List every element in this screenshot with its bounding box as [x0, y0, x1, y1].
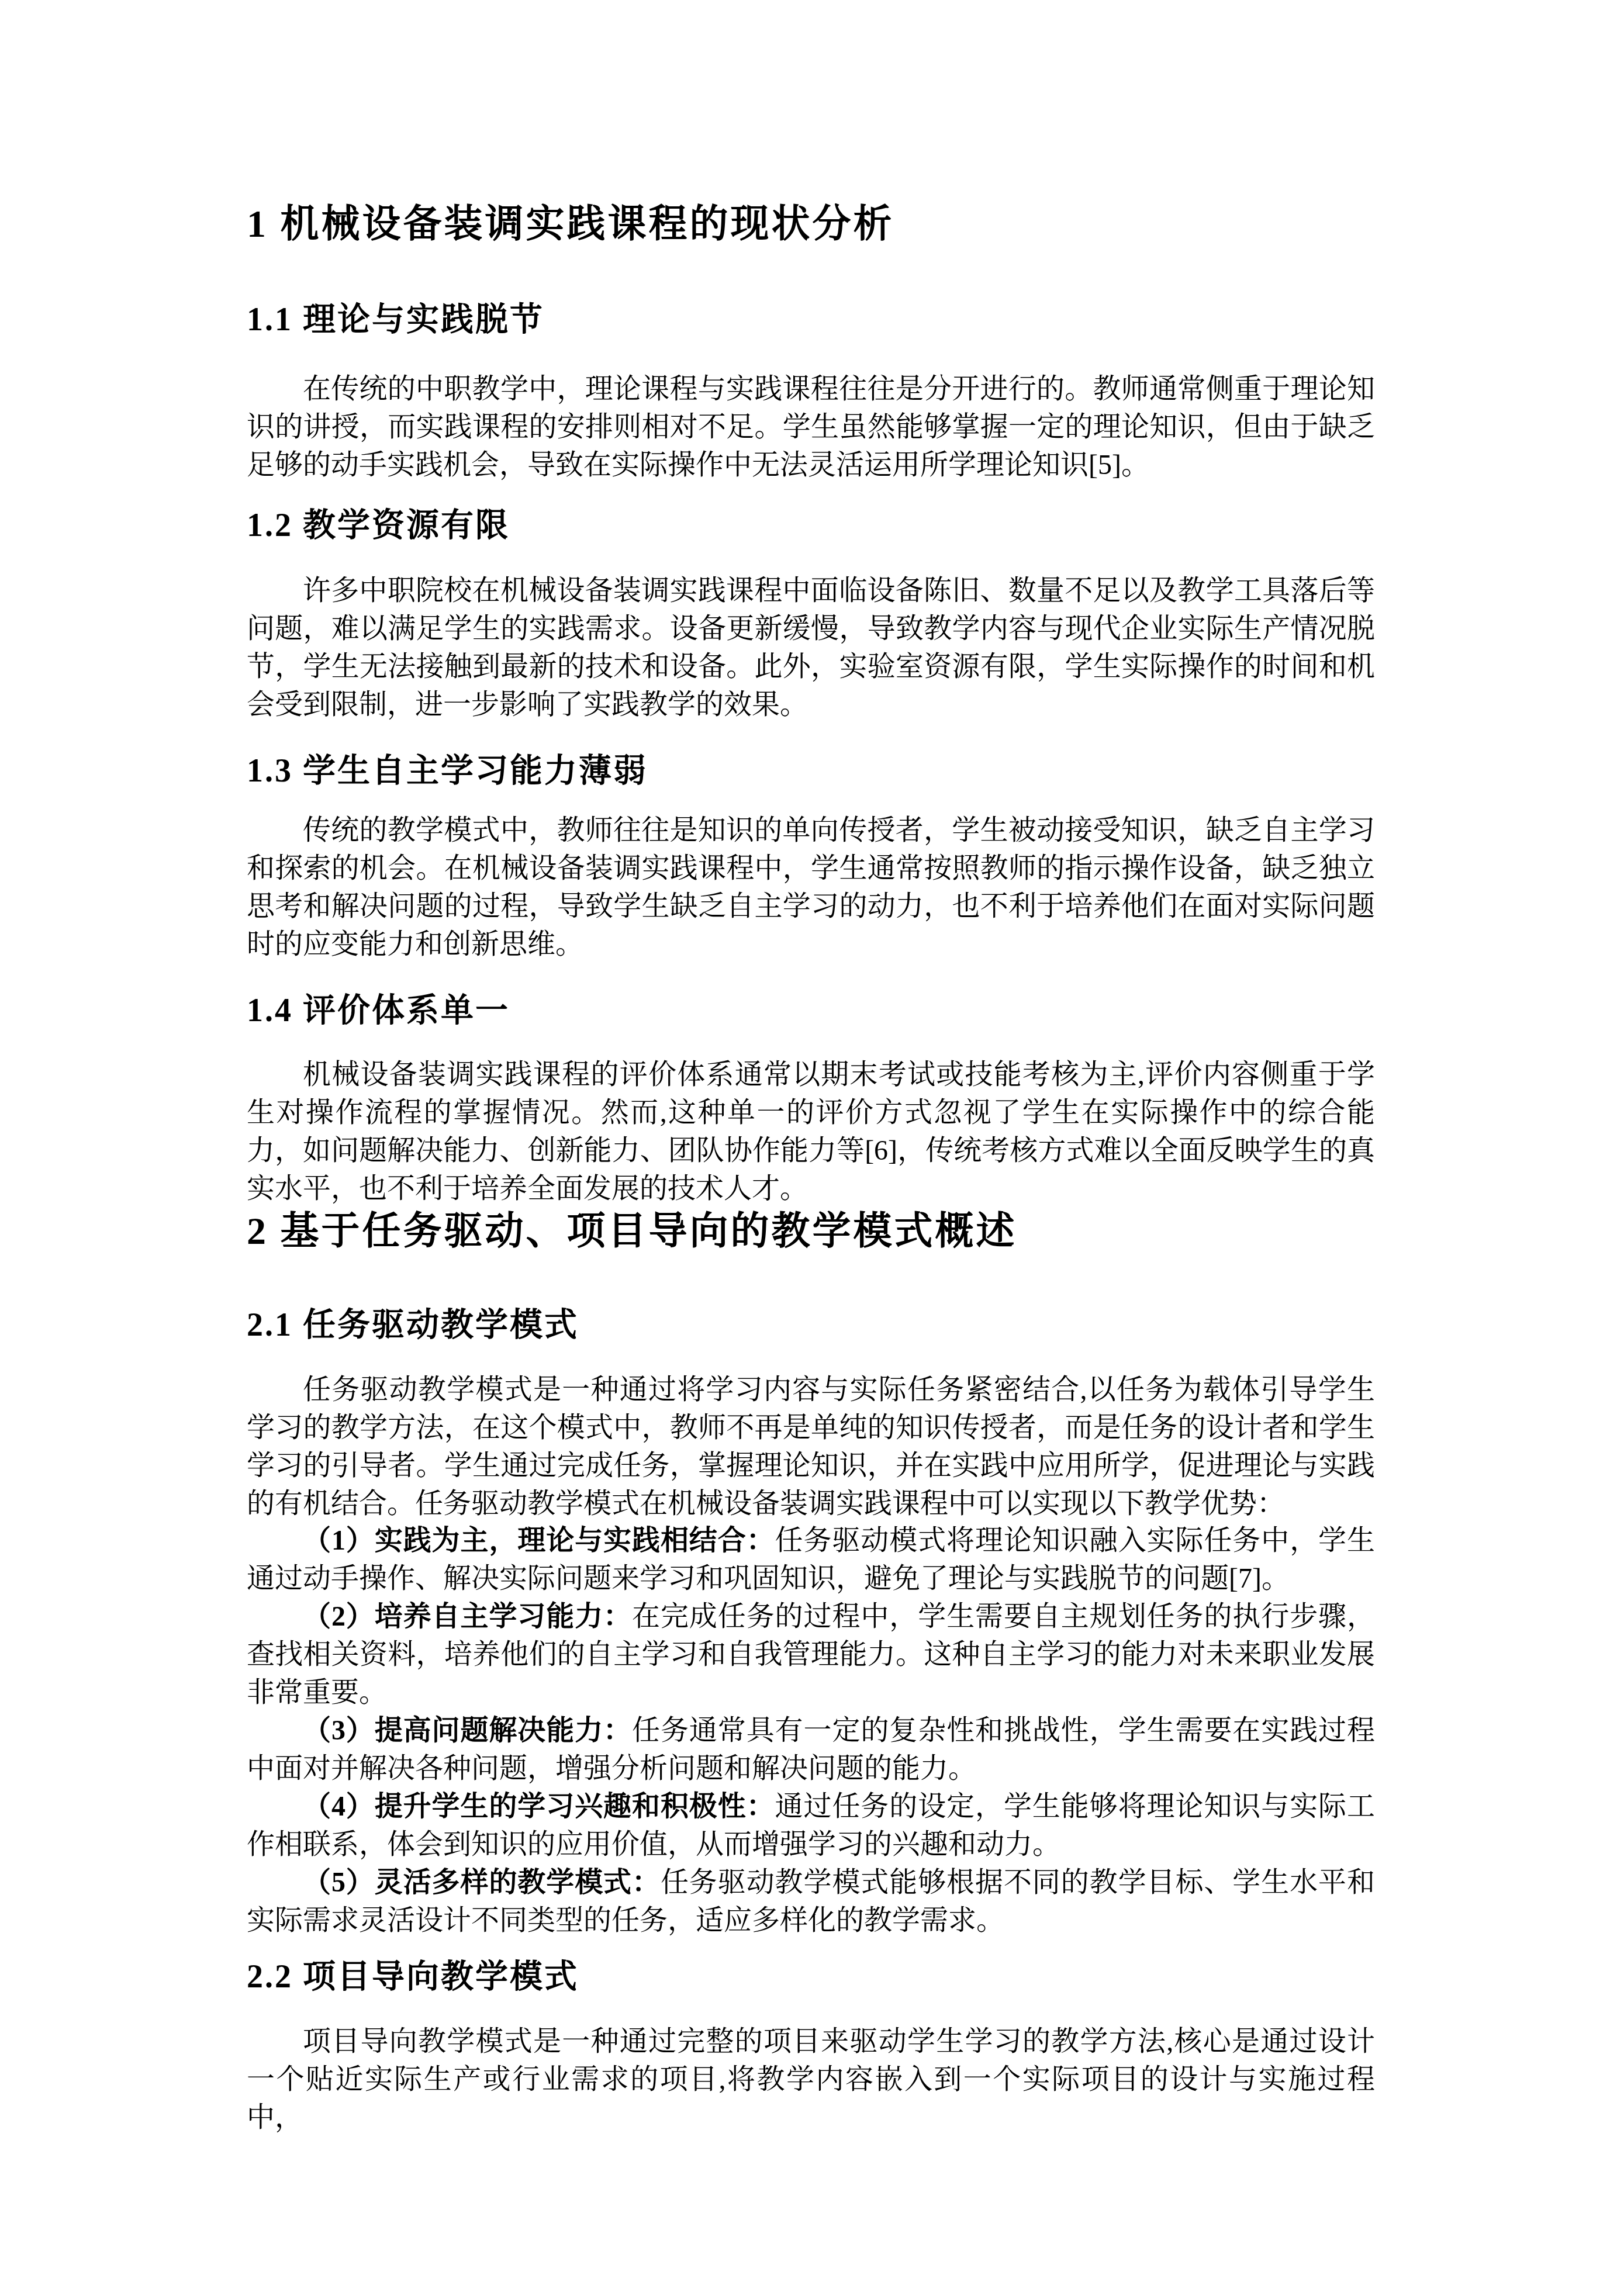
list-item-2: （2）培养自主学习能力：在完成任务的过程中，学生需要自主规划任务的执行步骤，查找…	[247, 1597, 1375, 1711]
section-1-heading: 1 机械设备装调实践课程的现状分析	[247, 203, 1410, 245]
list-item-4: （4）提升学生的学习兴趣和积极性：通过任务的设定，学生能够将理论知识与实际工作相…	[247, 1787, 1375, 1863]
subsection-1-3-heading: 1.3 学生自主学习能力薄弱	[247, 753, 1410, 789]
subsection-2-2-heading: 2.2 项目导向教学模式	[247, 1959, 1410, 1995]
paragraph-2-2: 项目导向教学模式是一种通过完整的项目来驱动学生学习的教学方法,核心是通过设计一个…	[247, 2022, 1375, 2136]
paragraph-2-1: 任务驱动教学模式是一种通过将学习内容与实际任务紧密结合,以任务为载体引导学生学习…	[247, 1371, 1375, 1523]
list-item-3: （3）提高问题解决能力：任务通常具有一定的复杂性和挑战性，学生需要在实践过程中面…	[247, 1711, 1375, 1787]
paragraph-1-4: 机械设备装调实践课程的评价体系通常以期末考试或技能考核为主,评价内容侧重于学生对…	[247, 1056, 1375, 1208]
subsection-1-1-heading: 1.1 理论与实践脱节	[247, 302, 1410, 338]
list-item-1-lead: （1）实践为主，理论与实践相结合：	[303, 1525, 775, 1556]
paragraph-1-2: 许多中职院校在机械设备装调实践课程中面临设备陈旧、数量不足以及教学工具落后等问题…	[247, 572, 1375, 724]
list-item-5: （5）灵活多样的教学模式：任务驱动教学模式能够根据不同的教学目标、学生水平和实际…	[247, 1863, 1375, 1939]
advantage-list: （1）实践为主，理论与实践相结合：任务驱动模式将理论知识融入实际任务中，学生通过…	[247, 1522, 1375, 1939]
list-item-3-lead: （3）提高问题解决能力：	[303, 1715, 632, 1746]
subsection-2-1-heading: 2.1 任务驱动教学模式	[247, 1307, 1410, 1343]
list-item-2-lead: （2）培养自主学习能力：	[303, 1601, 632, 1632]
section-2-heading: 2 基于任务驱动、项目导向的教学模式概述	[247, 1211, 1410, 1253]
list-item-1: （1）实践为主，理论与实践相结合：任务驱动模式将理论知识融入实际任务中，学生通过…	[247, 1522, 1375, 1597]
list-item-4-lead: （4）提升学生的学习兴趣和积极性：	[303, 1791, 775, 1822]
paragraph-1-3: 传统的教学模式中，教师往往是知识的单向传授者，学生被动接受知识，缺乏自主学习和探…	[247, 811, 1375, 963]
paragraph-1-1: 在传统的中职教学中，理论课程与实践课程往往是分开进行的。教师通常侧重于理论知识的…	[247, 370, 1375, 484]
subsection-1-2-heading: 1.2 教学资源有限	[247, 507, 1410, 544]
list-item-5-lead: （5）灵活多样的教学模式：	[303, 1867, 661, 1898]
subsection-1-4-heading: 1.4 评价体系单一	[247, 993, 1410, 1029]
document-page: 1 机械设备装调实践课程的现状分析 1.1 理论与实践脱节 在传统的中职教学中，…	[0, 0, 1624, 2296]
